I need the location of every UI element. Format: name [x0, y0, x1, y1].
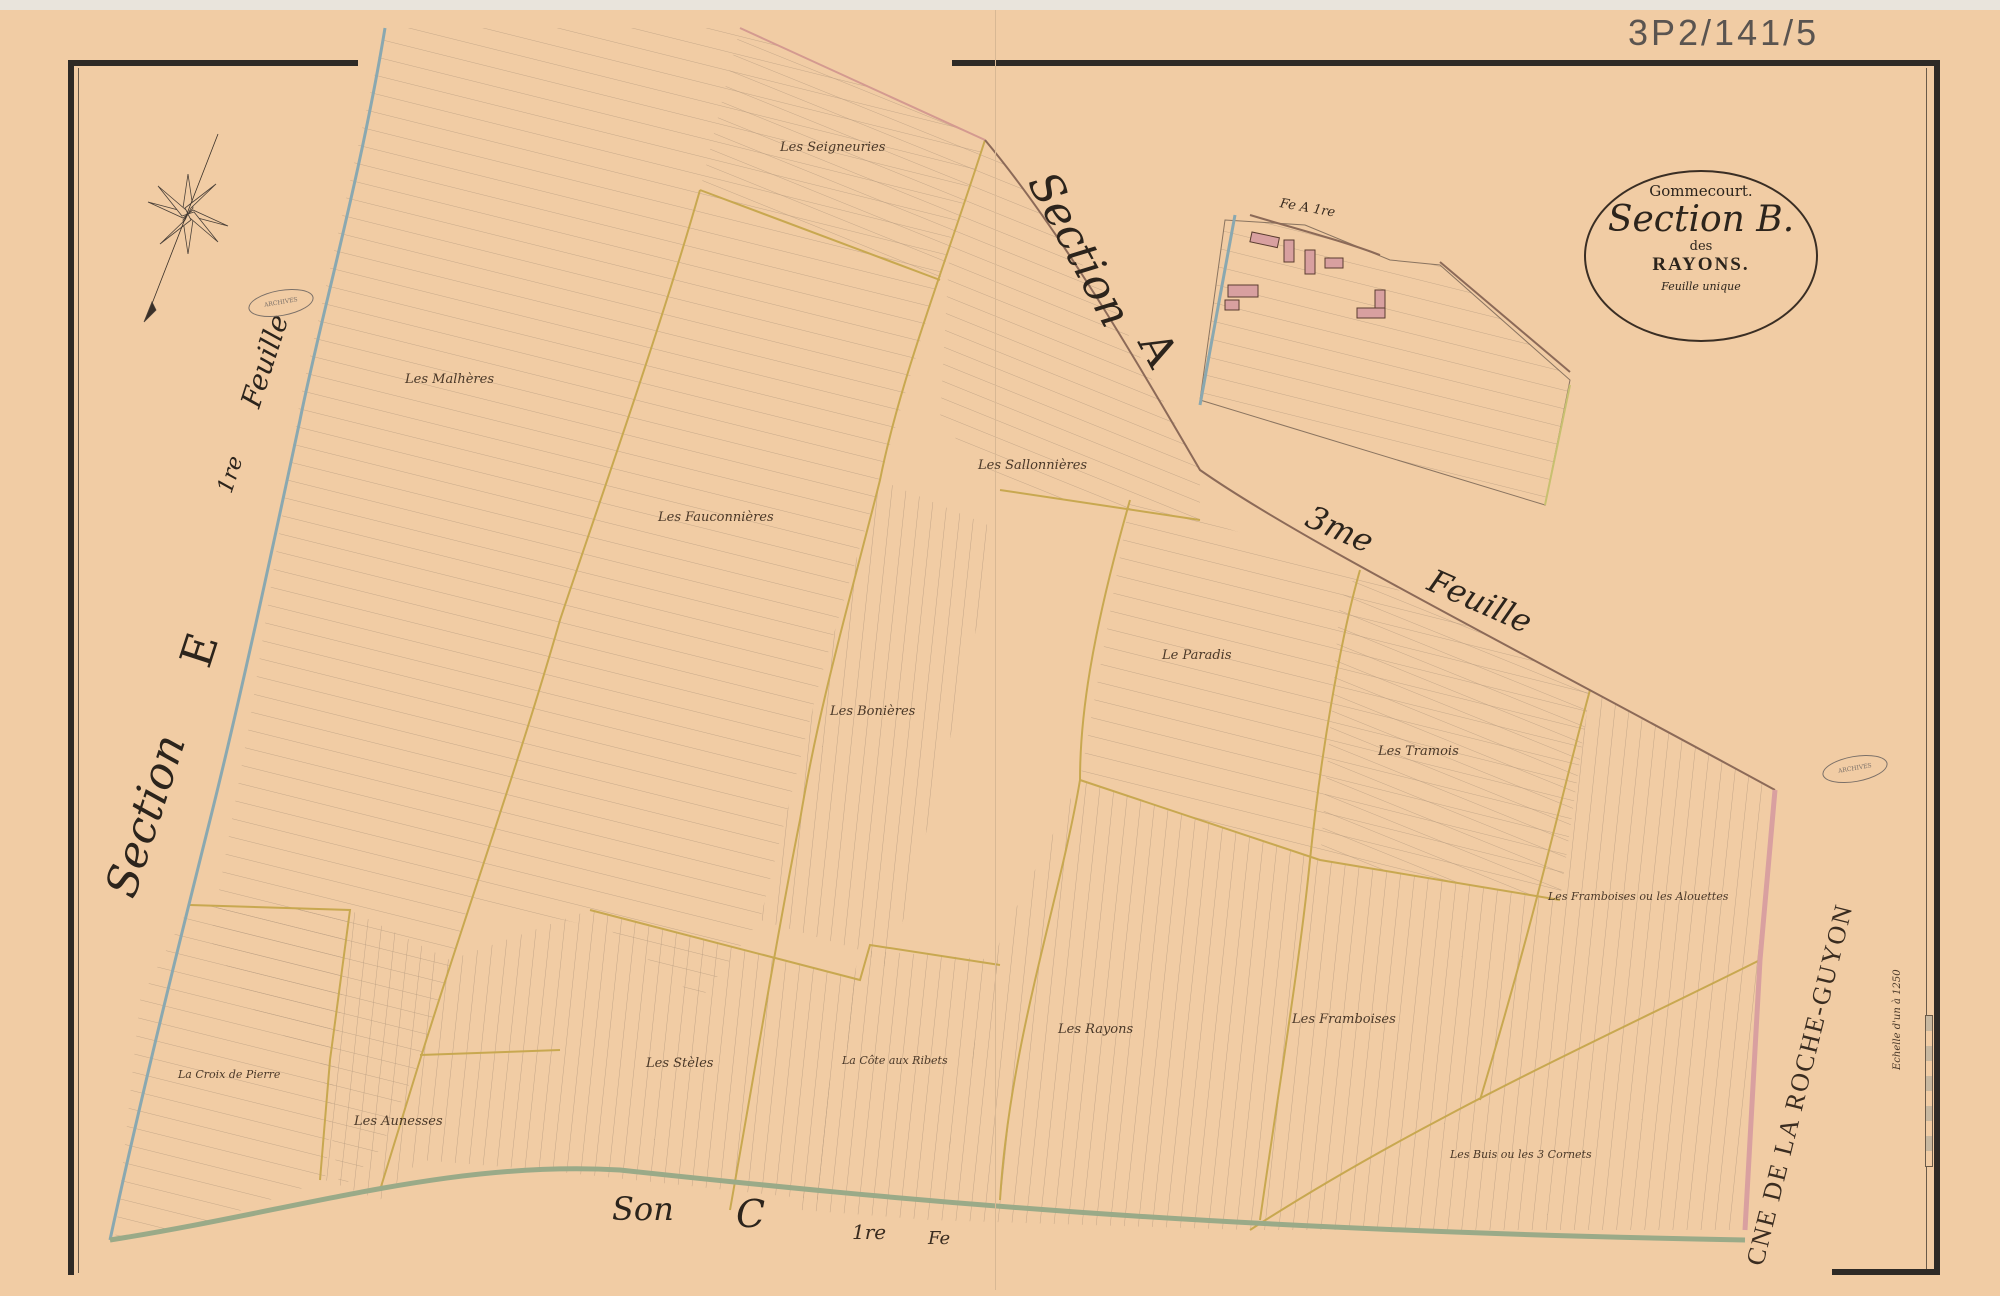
locality-paradis: Le Paradis: [1162, 648, 1232, 663]
locality-framboises: Les Framboises: [1292, 1012, 1396, 1027]
south-section-word: Son: [612, 1190, 674, 1228]
locality-rayons: Les Rayons: [1058, 1022, 1133, 1037]
commune-name: Gommecourt.: [1586, 182, 1816, 200]
scale-bar: [1925, 1015, 1933, 1167]
sheet-label: Feuille unique: [1586, 280, 1816, 293]
archive-reference: 3P2/141/5: [1628, 12, 1819, 54]
locality-cote-aux-ribets: La Côte aux Ribets: [842, 1054, 948, 1067]
section-des: des: [1586, 240, 1816, 254]
locality-aunesses: Les Aunesses: [354, 1114, 443, 1129]
south-sheet-word: Fe: [928, 1228, 950, 1249]
center-fold: [995, 10, 996, 1290]
south-sheet-num: 1re: [852, 1220, 886, 1244]
title-cartouche: Gommecourt. Section B. des RAYONS. Feuil…: [1584, 170, 1818, 342]
locality-sallonnieres: Les Sallonnières: [978, 458, 1087, 473]
frame-bottom-right: [1832, 1269, 1940, 1275]
locality-fauconnieres: Les Fauconnières: [658, 510, 774, 525]
scale-label: Echelle d'un à 1250: [1892, 969, 1903, 1070]
locality-seigneuries: Les Seigneuries: [780, 140, 885, 155]
section-title: Section B.: [1586, 200, 1816, 240]
section-name: RAYONS.: [1586, 254, 1816, 276]
frame-top-left: [68, 60, 358, 66]
frame-right: [1934, 60, 1940, 1275]
locality-framboises-alouettes: Les Framboises ou les Alouettes: [1548, 890, 1728, 903]
block-steles: [420, 910, 860, 1200]
frame-left-inner: [78, 68, 79, 1273]
annex-parcels: [1200, 215, 1570, 505]
south-section-letter: C: [736, 1192, 765, 1236]
compass-rose-icon: [144, 134, 228, 322]
locality-bonieres: Les Bonières: [830, 704, 915, 719]
frame-top-right: [952, 60, 1940, 66]
locality-buis-cornets: Les Buis ou les 3 Cornets: [1450, 1148, 1592, 1161]
locality-malheres: Les Malhères: [405, 372, 494, 387]
frame-left: [68, 60, 74, 1275]
locality-tramois: Les Tramois: [1378, 744, 1459, 759]
locality-steles: Les Stèles: [646, 1056, 713, 1071]
locality-croix-de-pierre: La Croix de Pierre: [178, 1068, 280, 1081]
